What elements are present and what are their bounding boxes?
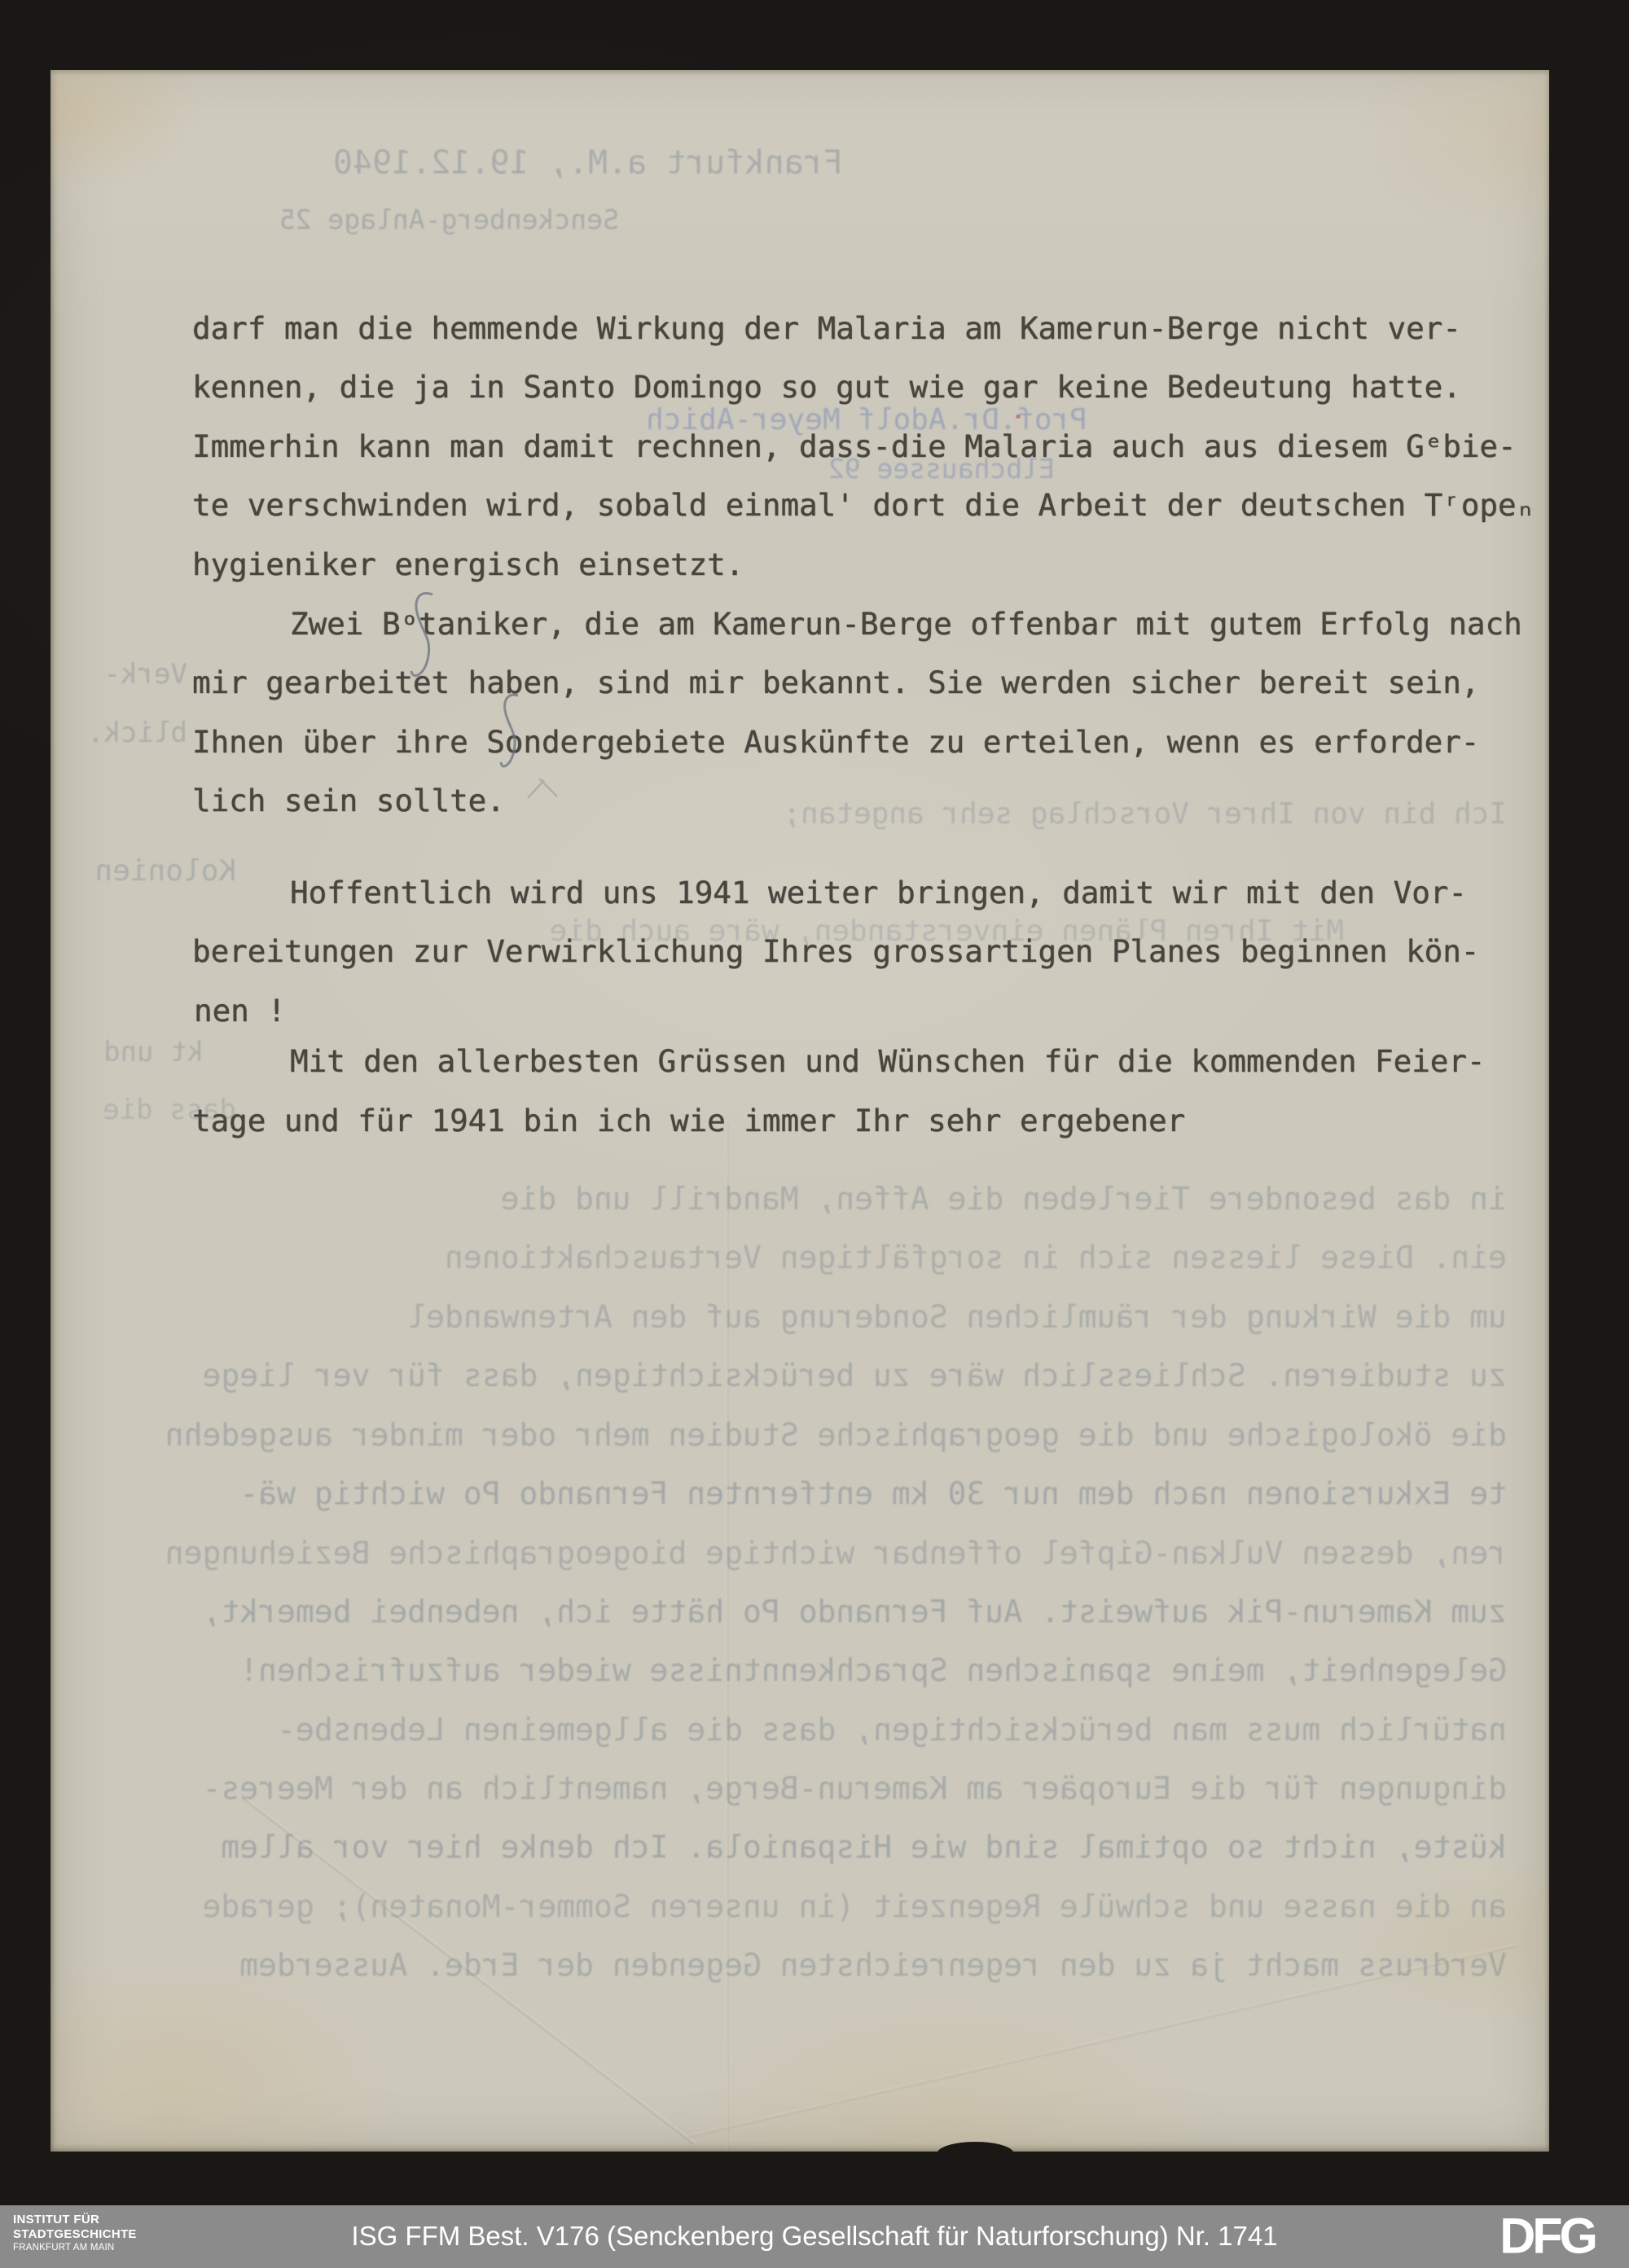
bleedthrough-line: an die nasse und schwüle Regenzeit (in u… xyxy=(106,1890,1507,1924)
typed-line: te verschwinden wird, sobald einmal' dor… xyxy=(192,489,1535,522)
typed-line: Zwei Bᵒtaniker, die am Kamerun-Berge off… xyxy=(290,608,1522,641)
bleedthrough-line: Senckenberg-Anlage 25 xyxy=(277,205,619,235)
bleedthrough-line: Ich bin von Ihrer Vorschlag sehr angetan… xyxy=(424,798,1507,831)
bleedthrough-line: Verdruss macht ja zu den regenreichsten … xyxy=(106,1949,1507,1983)
dfg-logo: DFG xyxy=(1499,2207,1595,2264)
bleedthrough-line: Verk- xyxy=(49,660,187,690)
bleedthrough-line: te Exkursionen nach dem nur 30 km entfer… xyxy=(106,1477,1507,1511)
bleedthrough-line: Kolonien xyxy=(49,855,236,888)
bleedthrough-line: kt und xyxy=(49,1037,204,1068)
bleedthrough-line: ren, dessen Vulkan-Gipfel offenbar wicht… xyxy=(106,1537,1507,1571)
bleedthrough-line: dingungen für die Europäer am Kamerun-Be… xyxy=(106,1772,1507,1806)
bleedthrough-line: um die Wirkung der räumlichen Sonderung … xyxy=(106,1301,1507,1335)
typed-line: kennen, die ja in Santo Domingo so gut w… xyxy=(192,371,1461,404)
bleedthrough-line: Frankfurt a.M., 19.12.1940 xyxy=(257,145,843,181)
scanned-letter-view: Frankfurt a.M., 19.12.1940Senckenberg-An… xyxy=(0,0,1629,2268)
typed-line: bereitungen zur Verwirklichung Ihres gro… xyxy=(192,935,1479,968)
bleedthrough-line: natürlich muss man berücksichtigen, dass… xyxy=(106,1713,1507,1748)
bleedthrough-line: in das besondere Tierleben die Affen, Ma… xyxy=(106,1182,1507,1217)
institute-logo: INSTITUT FÜR STADTGESCHICHTE FRANKFURT A… xyxy=(13,2213,137,2254)
typed-line: mir gearbeitet haben, sind mir bekannt. … xyxy=(192,666,1479,700)
archive-caption-bar: INSTITUT FÜR STADTGESCHICHTE FRANKFURT A… xyxy=(0,2205,1629,2268)
institute-name-line: INSTITUT FÜR xyxy=(13,2213,137,2227)
institute-city-line: FRANKFURT AM MAIN xyxy=(13,2243,137,2254)
typed-line: Immerhin kann man damit rechnen, dass-di… xyxy=(192,430,1517,463)
typed-line: hygieniker energisch einsetzt. xyxy=(192,548,744,581)
bleedthrough-line: zum Kamerun-Pik aufweist. Auf Fernando P… xyxy=(106,1595,1507,1630)
typed-line: Mit den allerbesten Grüssen und Wünschen… xyxy=(290,1045,1486,1078)
typed-line: tage und für 1941 bin ich wie immer Ihr … xyxy=(192,1104,1185,1138)
bleedthrough-line: Gelegenheit, meine spanischen Sprachkenn… xyxy=(106,1654,1507,1688)
bleedthrough-line: küste, nicht so optimal sind wie Hispani… xyxy=(106,1831,1507,1865)
typed-line: lich sein sollte. xyxy=(192,784,505,818)
typed-line: Ihnen über ihre Sondergebiete Auskünfte … xyxy=(192,726,1479,759)
bleedthrough-line: zu studieren. Schliesslich wäre zu berüc… xyxy=(106,1359,1507,1393)
typed-line: Hoffentlich wird uns 1941 weiter bringen… xyxy=(290,876,1467,910)
typed-line: nen ! xyxy=(194,994,286,1028)
institute-name-line: STADTGESCHICHTE xyxy=(13,2227,137,2242)
archive-reference-label: ISG FFM Best. V176 (Senckenberg Gesellsc… xyxy=(351,2221,1277,2252)
bleedthrough-line: ein. Diese liessen sich in sorgfältigen … xyxy=(106,1241,1507,1275)
typed-line: darf man die hemmende Wirkung der Malari… xyxy=(192,312,1461,345)
ink-speck xyxy=(1016,415,1021,419)
bleedthrough-line: die ökologische und die geographische St… xyxy=(106,1419,1507,1453)
bleedthrough-line: blick. xyxy=(49,718,187,748)
